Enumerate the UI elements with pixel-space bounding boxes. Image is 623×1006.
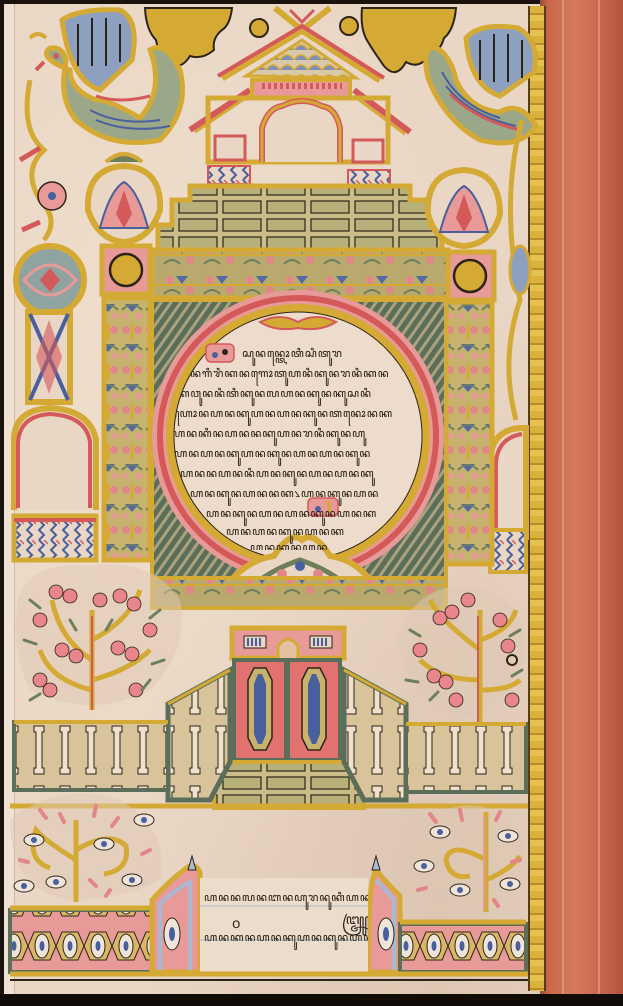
gold-disc-column-left <box>110 254 142 286</box>
manuscript-page: ꦱꦸꦤꦤ꧀ꦠꦺꦴꦠꦶꦱꦶꦠꦸꦫ ꦤꦒꦶꦫꦶꦏꦤꦒꦺꦴꦠꦸꦲꦤꦶꦏꦸꦤꦫꦤꦶꦏꦤ … <box>0 0 623 1006</box>
left-ornament <box>16 80 84 402</box>
medallion-line: ꦲꦤꦲꦤꦏꦸꦲꦤꦏꦸꦤꦲꦤꦲꦤꦏꦸꦤ <box>174 446 371 468</box>
bottom-line: ꦲꦤꦏꦤꦲꦤꦏꦸꦲꦤꦏꦸꦤꦲꦤꦲꦤꦗ <box>204 930 368 952</box>
medallion-line: ꦱꦸꦤꦤ꧀ꦠꦺꦴꦠꦶꦱꦶꦠꦸꦫ <box>242 346 343 368</box>
left-arch <box>14 408 96 560</box>
medallion-line: ꦲꦤꦏꦸꦤꦲꦤꦤꦏ꧈ꦲꦤꦏꦸꦤꦲꦤ <box>190 486 379 508</box>
flowering-tree-left <box>10 793 162 902</box>
medallion-line: ꦲꦤꦏꦸꦤꦲꦤ <box>250 540 328 550</box>
medallion-line: ꦲꦺꦴꦤꦲꦤꦏꦸꦲꦤꦲꦤꦏꦸꦤꦠꦤꦺꦴꦤꦏ <box>172 406 393 428</box>
page-shadow <box>0 994 623 1006</box>
flowering-tree-right <box>410 805 526 912</box>
fruit-tree-right <box>398 586 526 724</box>
bottom-panel-text: ꦲꦤꦤꦭꦤꦧꦤꦲꦸꦫꦤꦸꦏꦶꦲꦤꦗ ꧆ ꧅ ꦲꦤꦏꦤꦲꦤꦏꦸꦲꦤꦏꦸꦤꦲꦤꦲꦤꦗ <box>202 886 368 972</box>
gold-disc-right <box>340 17 358 35</box>
brick-platform <box>158 186 442 250</box>
medallion-line: ꦏꦮꦸꦤꦤꦶꦠꦶꦏꦸꦤꦭꦲꦤꦏꦸꦤꦏꦸꦱꦤꦶ <box>176 386 372 408</box>
gate-column-right <box>446 302 492 564</box>
gold-disc-column-right <box>454 260 486 292</box>
medallion-line: ꦤꦒꦶꦫꦶꦏꦤꦒꦺꦴꦠꦸꦲꦤꦶꦏꦸꦤꦫꦤꦶꦏꦤ <box>190 366 389 388</box>
gold-disc-left <box>250 19 268 37</box>
medallion-text: ꦱꦸꦤꦤ꧀ꦠꦺꦴꦠꦶꦱꦶꦠꦸꦫ ꦤꦒꦶꦫꦶꦏꦤꦒꦺꦴꦠꦸꦲꦤꦶꦏꦸꦤꦫꦤꦶꦏꦤ … <box>170 340 426 550</box>
fruit-tree-left <box>16 564 182 710</box>
gate-column-left <box>104 298 150 560</box>
medallion-line: ꦲꦤꦤꦲꦤꦤꦶꦲꦤꦏꦸꦤꦲꦤꦲꦤꦏꦸ <box>180 466 375 488</box>
medallion-line: ꦲꦤꦏꦶꦤꦲꦤꦤꦏꦸꦲꦤꦫꦤꦶꦏꦸꦤꦲꦸ <box>172 426 366 448</box>
